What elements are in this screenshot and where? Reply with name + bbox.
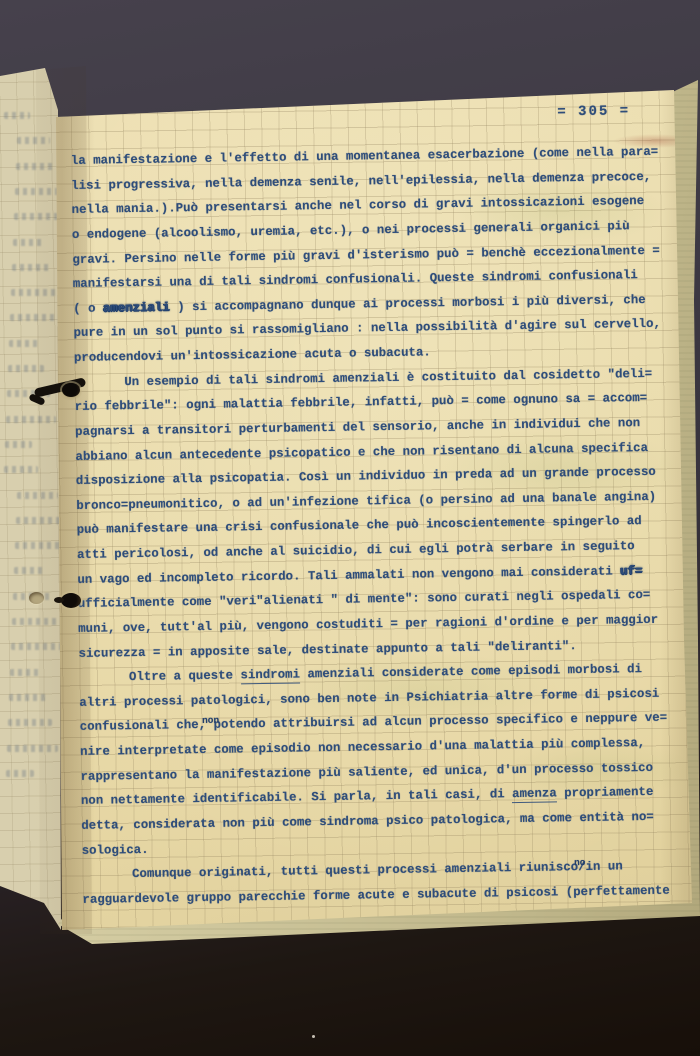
text-segment: manifestarsi una di tali sindromi confus… bbox=[73, 268, 638, 291]
text-segment: uf= bbox=[620, 564, 643, 578]
text-segment: nire interpretate come episodio non nece… bbox=[80, 736, 645, 759]
binding-hole-top bbox=[62, 383, 80, 397]
text-segment: lisi progressiva, nella demenza senile, … bbox=[71, 170, 651, 193]
text-segment: abbiano alcun antecedente psicopatico e … bbox=[75, 440, 648, 463]
dust-speck bbox=[312, 1035, 315, 1038]
text-segment: atti pericolosi, od anche al suicidio, d… bbox=[77, 539, 635, 562]
facing-page-hole bbox=[29, 592, 44, 604]
page-text-lines: la manifestazione e l'effetto di una mom… bbox=[71, 139, 691, 912]
text-segment: un vago ed incompleto ricordo. Tali amma… bbox=[77, 564, 620, 587]
text-segment: la manifestazione e l'effetto di una mom… bbox=[71, 145, 659, 168]
ghost-text-line bbox=[9, 340, 38, 347]
ghost-text-line bbox=[10, 669, 40, 676]
text-segment: altri processi patologici, sono ben note… bbox=[79, 687, 659, 710]
ghost-text-line bbox=[5, 441, 32, 448]
text-segment: rio febbrile": ogni malattia febbrile, i… bbox=[75, 391, 648, 414]
text-segment: amenziali bbox=[103, 300, 170, 315]
text-segment: ufficialmente come "veri"alienati " di m… bbox=[78, 588, 651, 611]
text-segment: pure in un sol punto si rassomigliano : … bbox=[73, 317, 661, 340]
text-segment: sologica. bbox=[82, 842, 149, 857]
ghost-text-line bbox=[4, 112, 30, 119]
text-segment: rappresentano la manifestazione più sali… bbox=[80, 761, 653, 784]
page-text: = 305 = la manifestazione e l'effetto di… bbox=[70, 97, 691, 912]
text-segment: potendo attribuirsi ad alcun processo sp… bbox=[206, 711, 667, 732]
text-segment: bronco=pneumonitico, o ad un'infezione t… bbox=[76, 490, 656, 513]
text-segment: amenziali considerate come episodi morbo… bbox=[300, 662, 642, 681]
text-segment: producendovi un'intossicazione acuta o s… bbox=[74, 345, 431, 365]
text-segment: disposizione alla psicopatia. Così un in… bbox=[76, 465, 656, 488]
text-segment: Un esempio di tali sindromi amenziali è … bbox=[124, 367, 652, 389]
text-segment: pagnarsi a transitori perturbamenti del … bbox=[75, 416, 640, 439]
text-segment: può manifestare una crisi confusionale c… bbox=[77, 514, 642, 537]
text-segment: nella mania.).Può presentarsi anche nel … bbox=[72, 194, 645, 217]
ghost-text-line bbox=[6, 770, 34, 777]
underlined-word: sindromi bbox=[240, 668, 300, 685]
text-segment: propriamente bbox=[557, 785, 654, 801]
text-segment: ) si accompagnano dunque ai processi mor… bbox=[170, 293, 646, 314]
text-segment: ragguardevole gruppo parecchie forme acu… bbox=[82, 883, 670, 906]
text-segment: detta, considerata non più come sindroma… bbox=[81, 810, 654, 833]
text-segment: muni, ove, tutt'al più, vengono costudit… bbox=[78, 613, 658, 636]
page-number: = 305 = bbox=[70, 97, 678, 133]
text-segment: o endogene (alcoolismo, uremia, etc.), o… bbox=[72, 219, 630, 242]
text-segment: Comunque originati, tutti questi process… bbox=[132, 860, 578, 881]
notebook-photo: = 305 = la manifestazione e l'effetto di… bbox=[0, 0, 700, 1056]
text-segment: gravi. Persino nelle forme più gravi d'i… bbox=[72, 243, 660, 266]
text-segment: non nettamente identificabile. Si parla,… bbox=[81, 787, 512, 808]
text-segment: Oltre a queste bbox=[129, 669, 241, 685]
text-segment: confusionali che, bbox=[80, 718, 207, 734]
text-segment: sicurezza = in apposite sale, destinate … bbox=[78, 639, 576, 661]
text-segment: ( o bbox=[73, 301, 103, 315]
underlined-word: amenza bbox=[512, 787, 557, 804]
ghost-text-line bbox=[4, 466, 38, 473]
binding-hole-bottom bbox=[61, 593, 81, 608]
